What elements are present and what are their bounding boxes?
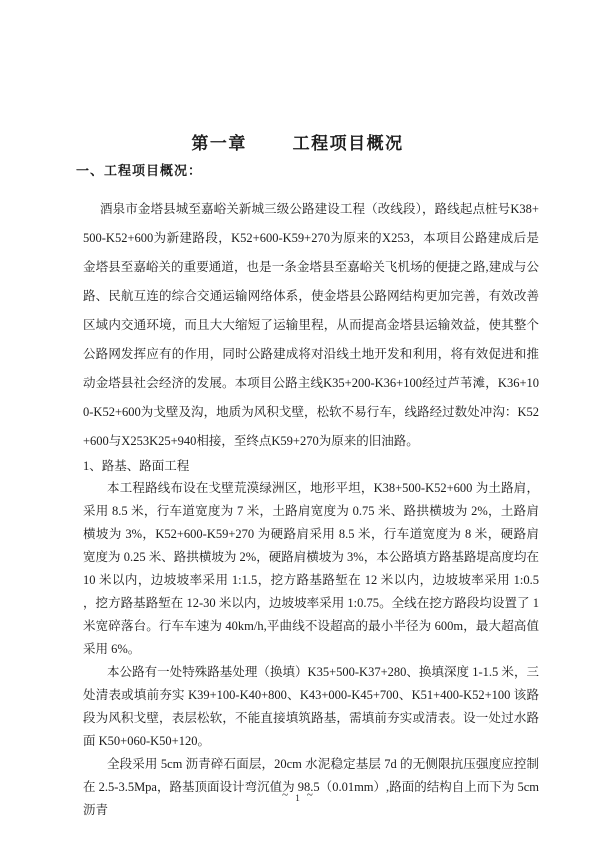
footer-tilde-right: ~ xyxy=(307,789,313,801)
paragraph-subheading-roadbed-pavement: 1、路基、路面工程 xyxy=(83,456,539,477)
chapter-title-text: 工程项目概况 xyxy=(293,134,404,153)
chapter-title: 第一章 工程项目概况 xyxy=(0,129,595,154)
paragraph-project-overview: 酒泉市金塔县城至嘉峪关新城三级公路建设工程（改线段），路线起点桩号K38+500… xyxy=(83,195,539,456)
chapter-number: 第一章 xyxy=(191,134,247,153)
paragraph-pavement-structure: 全段采用 5cm 沥青碎石面层，20cm 水泥稳定基层 7d 的无侧限抗压强度应… xyxy=(83,753,539,822)
document-page: 第一章 工程项目概况 一、工程项目概况： 酒泉市金塔县城至嘉峪关新城三级公路建设… xyxy=(0,0,595,842)
document-body: 酒泉市金塔县城至嘉峪关新城三级公路建设工程（改线段），路线起点桩号K38+500… xyxy=(83,195,539,822)
section-heading: 一、工程项目概况： xyxy=(76,160,202,179)
page-footer: ~1~ xyxy=(0,789,595,801)
page-number: 1 xyxy=(288,794,307,804)
paragraph-special-roadbed-treatment: 本公路有一处特殊路基处理（换填）K35+500-K37+280、换填深度 1-1… xyxy=(83,661,539,753)
paragraph-roadbed-details: 本工程路线布设在戈壁荒漠绿洲区，地形平坦，K38+500-K52+600 为土路… xyxy=(83,477,539,661)
